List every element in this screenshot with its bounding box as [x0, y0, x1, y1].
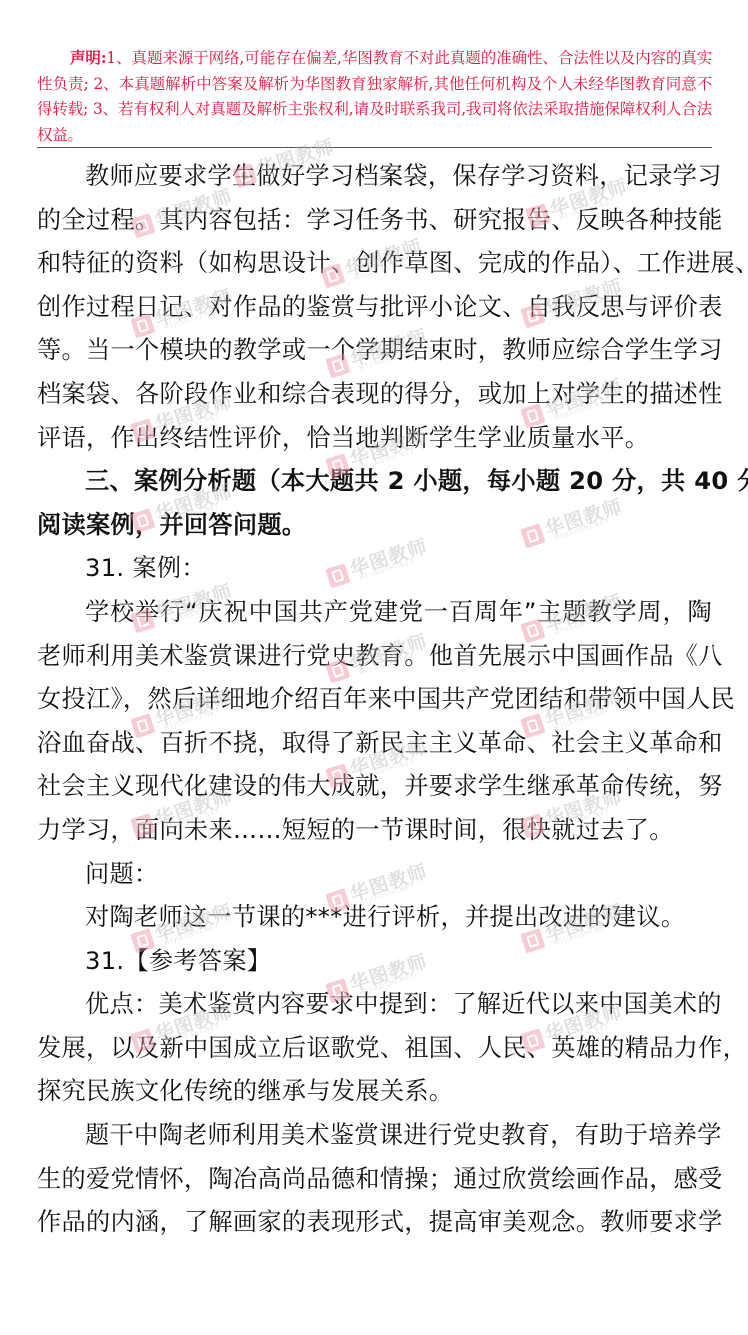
section-instruction: 阅读案例，并回答问题。: [37, 504, 712, 548]
text-line: 力学习，面向未来……短短的一节课时间，很快就过去了。: [37, 809, 712, 853]
text-line: 和特征的资料（如构思设计、创作草图、完成的作品）、工作进展、: [37, 242, 712, 286]
text-line: 老师利用美术鉴赏课进行党史教育。他首先展示中国画作品《八: [37, 635, 712, 679]
disclaimer-text: 1、真题来源于网络,可能存在偏差,华图教育不对此真题的准确性、合法性以及内容的真…: [37, 49, 712, 144]
text-line: 评语，作出终结性评价，恰当地判断学生学业质量水平。: [37, 417, 712, 461]
question-label: 31. 案例：: [37, 547, 712, 591]
text-line: 创作过程日记、对作品的鉴赏与批评小论文、自我反思与评价表: [37, 286, 712, 330]
question-prompt: 对陶老师这一节课的***进行评析，并提出改进的建议。: [37, 896, 712, 940]
text-line: 档案袋、各阶段作业和综合表现的得分，或加上对学生的描述性: [37, 373, 712, 417]
divider-rule: [37, 147, 712, 148]
text-line: 浴血奋战、百折不挠，取得了新民主主义革命、社会主义革命和: [37, 722, 712, 766]
text-line: 社会主义现代化建设的伟大成就，并要求学生继承革命传统，努: [37, 765, 712, 809]
text-line: 作品的内涵，了解画家的表现形式，提高审美观念。教师要求学: [37, 1201, 712, 1245]
text-line: 教师应要求学生做好学习档案袋，保存学习资料，记录学习: [37, 155, 712, 199]
text-line: 的全过程。其内容包括：学习任务书、研究报告、反映各种技能: [37, 199, 712, 243]
text-line: 等。当一个模块的教学或一个学期结束时，教师应综合学生学习: [37, 329, 712, 373]
disclaimer-label: 声明:: [70, 48, 106, 67]
text-line: 优点：美术鉴赏内容要求中提到：了解近代以来中国美术的: [37, 983, 712, 1027]
question-prompt-label: 问题：: [37, 853, 712, 897]
section-heading: 三、案例分析题（本大题共 2 小题，每小题 20 分，共 40 分）: [37, 460, 712, 504]
text-line: 题干中陶老师利用美术鉴赏课进行党史教育，有助于培养学: [37, 1114, 712, 1158]
disclaimer: 声明:1、真题来源于网络,可能存在偏差,华图教育不对此真题的准确性、合法性以及内…: [37, 45, 712, 148]
text-line: 学校举行“庆祝中国共产党建党一百周年”主题教学周，陶: [37, 591, 712, 635]
document-body: 教师应要求学生做好学习档案袋，保存学习资料，记录学习 的全过程。其内容包括：学习…: [37, 155, 712, 1245]
text-line: 发展，以及新中国成立后讴歌党、祖国、人民、英雄的精品力作，: [37, 1027, 712, 1071]
text-line: 女投江》，然后详细地介绍百年来中国共产党团结和带领中国人民: [37, 678, 712, 722]
text-line: 生的爱党情怀，陶冶高尚品德和情操；通过欣赏绘画作品，感受: [37, 1158, 712, 1202]
document-page: 声明:1、真题来源于网络,可能存在偏差,华图教育不对此真题的准确性、合法性以及内…: [0, 0, 748, 1335]
text-line: 探究民族文化传统的继承与发展关系。: [37, 1070, 712, 1114]
answer-label: 31.【参考答案】: [37, 940, 712, 984]
